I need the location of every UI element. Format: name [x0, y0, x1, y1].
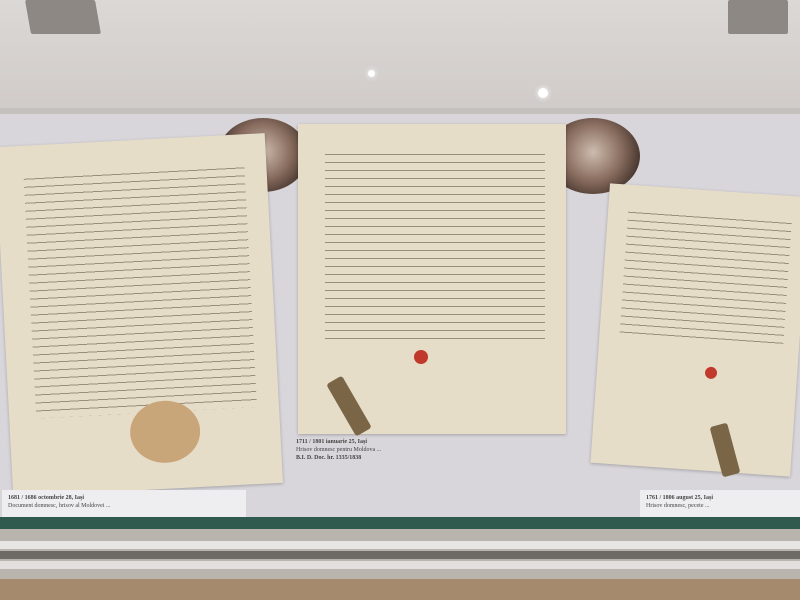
case-frame: [0, 529, 800, 600]
light-bracket-right: [728, 0, 788, 34]
label-center: 1711 / 1801 ianuarie 25, Iași Hrisov dom…: [290, 434, 550, 484]
wax-seal: [705, 366, 718, 379]
document-left: [0, 133, 283, 497]
ceiling-light: [368, 70, 375, 77]
document-right: [590, 183, 800, 476]
floor: [0, 579, 800, 600]
light-bracket-left: [25, 0, 101, 34]
glass-edge: [0, 517, 800, 529]
wax-seal: [414, 350, 428, 364]
label-left: 1681 / 1686 octombrie 28, Iași Document …: [2, 490, 246, 520]
ceiling-light: [538, 88, 548, 98]
label-right: 1761 / 1806 august 25, Iași Hrisov domne…: [640, 490, 800, 520]
wall: [0, 0, 800, 120]
